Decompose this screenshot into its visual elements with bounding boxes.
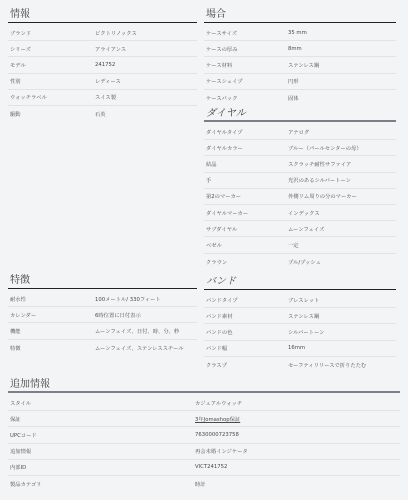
spec-label: カレンダー	[8, 311, 95, 319]
spec-label: ケースの厚み	[204, 45, 288, 53]
spec-label: 耐水性	[8, 295, 95, 303]
spec-label: ブランド	[8, 29, 95, 37]
spec-value: スイス製	[95, 93, 197, 101]
spec-value: ムーンフェイズ	[288, 225, 396, 233]
spec-label: ダイヤルマーカー	[204, 209, 288, 217]
spec-value: 固体	[288, 94, 396, 102]
spec-row: スタイルカジュアルウォッチ	[8, 395, 400, 411]
spec-row: バンドタイプブレスレット	[204, 292, 396, 308]
spec-row: ダイヤルカラーブルー（パールセンターの母）	[204, 140, 396, 156]
spec-value: 7630000723758	[195, 432, 400, 438]
spec-label: バンドタイプ	[204, 296, 288, 304]
spec-label: 第2のマーカー	[204, 192, 288, 200]
spec-value: 8mm	[288, 46, 396, 52]
spec-label: UPCコード	[8, 431, 195, 439]
spec-row: ケース材料ステンレス鋼	[204, 57, 396, 73]
spec-label: サブダイヤル	[204, 225, 288, 233]
spec-row: ダイヤルマーカーインデックス	[204, 205, 396, 221]
spec-label: 特徴	[8, 344, 95, 352]
spec-row: バンドの色シルバートーン	[204, 324, 396, 340]
spec-label: 追加情報	[8, 447, 195, 455]
spec-value: 円形	[288, 77, 396, 85]
spec-value: 時計	[195, 480, 400, 488]
spec-table: バンドタイプブレスレット バンド素材ステンレス鋼 バンドの色シルバートーン バン…	[204, 292, 396, 373]
spec-row: 結晶スクラッチ耐性サファイア	[204, 156, 396, 172]
spec-label: ダイヤルタイプ	[204, 128, 288, 136]
spec-value: VICT241752	[195, 464, 400, 470]
spec-value: ステンレス鋼	[288, 61, 396, 69]
spec-value: 3年Jomashop保証	[195, 415, 400, 423]
section-info: 情報 ブランドビクトリノックス シリーズアライアンス モデル241752 性別レ…	[8, 4, 197, 122]
spec-value: ステンレス鋼	[288, 312, 396, 320]
spec-value: 再会未婚インジケータ	[195, 447, 400, 455]
spec-value: インデックス	[288, 209, 396, 217]
spec-value: 16mm	[288, 345, 396, 351]
spec-row: ケースサイズ35 mm	[204, 25, 396, 41]
spec-row: ケースの厚み8mm	[204, 41, 396, 57]
spec-value: アナログ	[288, 128, 396, 136]
spec-value: 241752	[95, 62, 197, 68]
spec-row: 駆動石英	[8, 106, 197, 122]
spec-value: カジュアルウォッチ	[195, 399, 400, 407]
spec-value: シルバートーン	[288, 328, 396, 336]
spec-value: 光沢のあるシルバートーン	[288, 176, 396, 184]
spec-row: ベゼル一定	[204, 237, 396, 253]
spec-label: 結晶	[204, 160, 288, 168]
spec-value: ムーンフェイズ、日付、時、分、秒	[95, 327, 197, 335]
section-title: 追加情報	[8, 374, 400, 393]
section-dial: ダイヤル ダイヤルタイプアナログ ダイヤルカラーブルー（パールセンターの母） 結…	[204, 103, 396, 270]
spec-label: モデル	[8, 61, 95, 69]
spec-table: ブランドビクトリノックス シリーズアライアンス モデル241752 性別レディー…	[8, 25, 197, 122]
spec-label: ケースバック	[204, 94, 288, 102]
spec-label: 保証	[8, 415, 195, 423]
spec-table: 耐水性100メートル/ 330フィート カレンダー6時位置に日付表示 機能ムーン…	[8, 291, 197, 356]
spec-table: スタイルカジュアルウォッチ 保証3年Jomashop保証 UPCコード76300…	[8, 395, 400, 492]
spec-value: ムーンフェイズ、ステンレススチール	[95, 344, 197, 352]
spec-row: 性別レディース	[8, 74, 197, 90]
spec-value: 100メートル/ 330フィート	[95, 295, 197, 303]
spec-row: バンド幅16mm	[204, 341, 396, 357]
spec-value: ブレスレット	[288, 296, 396, 304]
spec-label: ケースシェイプ	[204, 77, 288, 85]
section-title: ダイヤル	[204, 103, 396, 122]
spec-row: クラウンプル/プッシュ	[204, 254, 396, 270]
section-title: 特徴	[8, 270, 197, 289]
spec-label: ケースサイズ	[204, 29, 288, 37]
spec-label: ケース材料	[204, 61, 288, 69]
spec-table: ケースサイズ35 mm ケースの厚み8mm ケース材料ステンレス鋼 ケースシェイ…	[204, 25, 396, 106]
spec-value: 一定	[288, 241, 396, 249]
spec-value: 6時位置に日付表示	[95, 311, 197, 319]
spec-label: ウォッチラベル	[8, 93, 95, 101]
spec-value: スクラッチ耐性サファイア	[288, 160, 396, 168]
spec-label: クラスプ	[204, 361, 288, 369]
spec-row: 内部IDVICT241752	[8, 460, 400, 476]
spec-row: 追加情報再会未婚インジケータ	[8, 444, 400, 460]
spec-row: ダイヤルタイプアナログ	[204, 124, 396, 140]
spec-row: バンド素材ステンレス鋼	[204, 308, 396, 324]
spec-label: バンド幅	[204, 344, 288, 352]
warranty-link[interactable]: 3年Jomashop保証	[195, 417, 240, 423]
spec-value: レディース	[95, 77, 197, 85]
spec-table: ダイヤルタイプアナログ ダイヤルカラーブルー（パールセンターの母） 結晶スクラッ…	[204, 124, 396, 270]
spec-row: 手光沢のあるシルバートーン	[204, 173, 396, 189]
spec-row: 保証3年Jomashop保証	[8, 411, 400, 427]
spec-row: 第2のマーカー外側リム周りの分のマーカー	[204, 189, 396, 205]
spec-row: シリーズアライアンス	[8, 41, 197, 57]
spec-row: サブダイヤルムーンフェイズ	[204, 221, 396, 237]
spec-value: セーフティリリースで折りたたむ	[288, 361, 396, 369]
spec-label: バンド素材	[204, 312, 288, 320]
spec-label: 手	[204, 176, 288, 184]
spec-row: カレンダー6時位置に日付表示	[8, 307, 197, 323]
section-title: バンド	[204, 271, 396, 290]
spec-label: シリーズ	[8, 45, 95, 53]
spec-label: 性別	[8, 77, 95, 85]
section-title: 情報	[8, 4, 197, 23]
spec-label: 機能	[8, 327, 95, 335]
spec-label: ダイヤルカラー	[204, 144, 288, 152]
spec-label: 製品カテゴリ	[8, 480, 195, 488]
spec-row: ウォッチラベルスイス製	[8, 90, 197, 106]
spec-row: 製品カテゴリ時計	[8, 476, 400, 492]
spec-row: モデル241752	[8, 57, 197, 73]
section-case: 場合 ケースサイズ35 mm ケースの厚み8mm ケース材料ステンレス鋼 ケース…	[204, 4, 396, 106]
spec-label: 内部ID	[8, 463, 195, 471]
product-specs-page: 情報 ブランドビクトリノックス シリーズアライアンス モデル241752 性別レ…	[0, 0, 408, 500]
spec-value: プル/プッシュ	[288, 258, 396, 266]
spec-row: ブランドビクトリノックス	[8, 25, 197, 41]
section-band: バンド バンドタイプブレスレット バンド素材ステンレス鋼 バンドの色シルバートー…	[204, 271, 396, 373]
spec-row: 特徴ムーンフェイズ、ステンレススチール	[8, 340, 197, 356]
spec-value: 石英	[95, 110, 197, 118]
spec-row: ケースシェイプ円形	[204, 74, 396, 90]
section-title: 場合	[204, 4, 396, 23]
spec-label: バンドの色	[204, 328, 288, 336]
spec-label: ベゼル	[204, 241, 288, 249]
spec-value: ビクトリノックス	[95, 29, 197, 37]
spec-value: ブルー（パールセンターの母）	[288, 144, 396, 152]
spec-label: クラウン	[204, 258, 288, 266]
spec-row: UPCコード7630000723758	[8, 427, 400, 443]
spec-value: アライアンス	[95, 45, 197, 53]
spec-row: 耐水性100メートル/ 330フィート	[8, 291, 197, 307]
section-features: 特徴 耐水性100メートル/ 330フィート カレンダー6時位置に日付表示 機能…	[8, 270, 197, 356]
section-additional: 追加情報 スタイルカジュアルウォッチ 保証3年Jomashop保証 UPCコード…	[8, 374, 400, 492]
spec-value: 外側リム周りの分のマーカー	[288, 192, 396, 200]
spec-row: 機能ムーンフェイズ、日付、時、分、秒	[8, 323, 197, 339]
spec-row: クラスプセーフティリリースで折りたたむ	[204, 357, 396, 373]
spec-value: 35 mm	[288, 30, 396, 36]
spec-label: スタイル	[8, 399, 195, 407]
spec-label: 駆動	[8, 110, 95, 118]
